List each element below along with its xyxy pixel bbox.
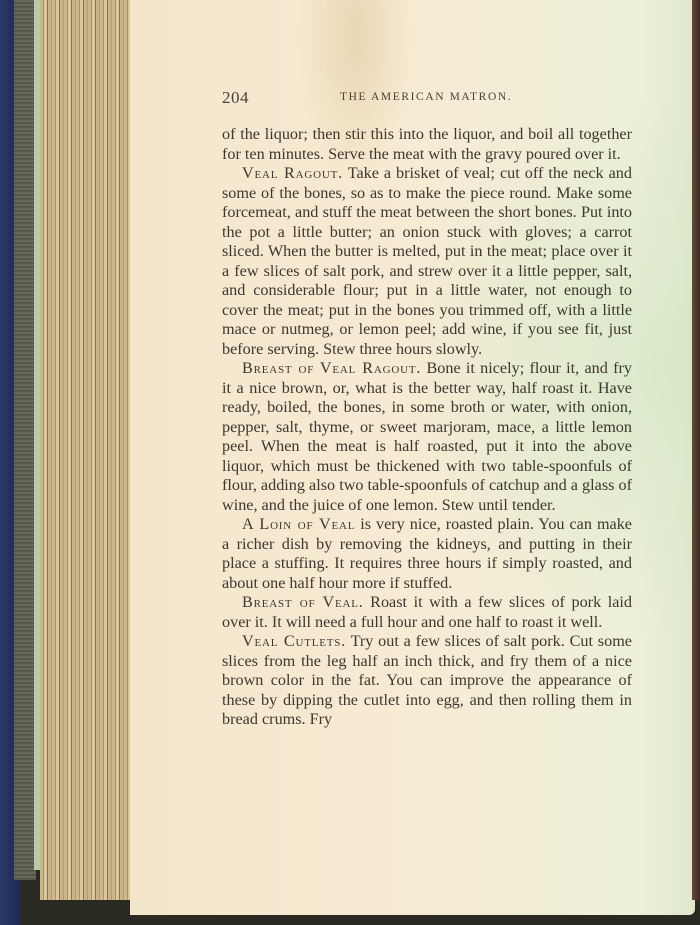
- recipe-heading: Veal Cutlets.: [242, 632, 346, 650]
- paragraph-breast-of-veal: Breast of Veal. Roast it with a few slic…: [222, 593, 632, 632]
- page-right-shadow: [692, 0, 700, 900]
- page-number: 204: [222, 88, 249, 108]
- paragraph-body: Bone it nicely; flour it, and fry it a n…: [222, 359, 632, 514]
- page-text: of the liquor; then stir this into the l…: [222, 125, 632, 730]
- book-cover-cloth: [14, 0, 36, 880]
- page-stack-edges: [40, 0, 133, 900]
- recipe-heading: Veal Ragout.: [242, 164, 343, 182]
- paragraph-veal-ragout: Veal Ragout. Take a brisket of veal; cut…: [222, 164, 632, 359]
- paragraph-breast-of-veal-ragout: Breast of Veal Ragout. Bone it nicely; f…: [222, 359, 632, 515]
- recipe-heading: Breast of Veal Ragout.: [242, 359, 421, 377]
- paragraph-veal-cutlets: Veal Cutlets. Try out a few slices of sa…: [222, 632, 632, 730]
- paragraph-body: Take a brisket of veal; cut off the neck…: [222, 164, 632, 358]
- paragraph-continuation: of the liquor; then stir this into the l…: [222, 125, 632, 164]
- recipe-heading: A Loin of Veal: [242, 515, 355, 533]
- recipe-heading: Breast of Veal.: [242, 593, 364, 611]
- paragraph-loin-of-veal: A Loin of Veal is very nice, roasted pla…: [222, 515, 632, 593]
- running-head: 204 THE AMERICAN MATRON.: [222, 88, 642, 108]
- paragraph-body: of the liquor; then stir this into the l…: [222, 125, 632, 163]
- book-title: THE AMERICAN MATRON.: [340, 91, 512, 103]
